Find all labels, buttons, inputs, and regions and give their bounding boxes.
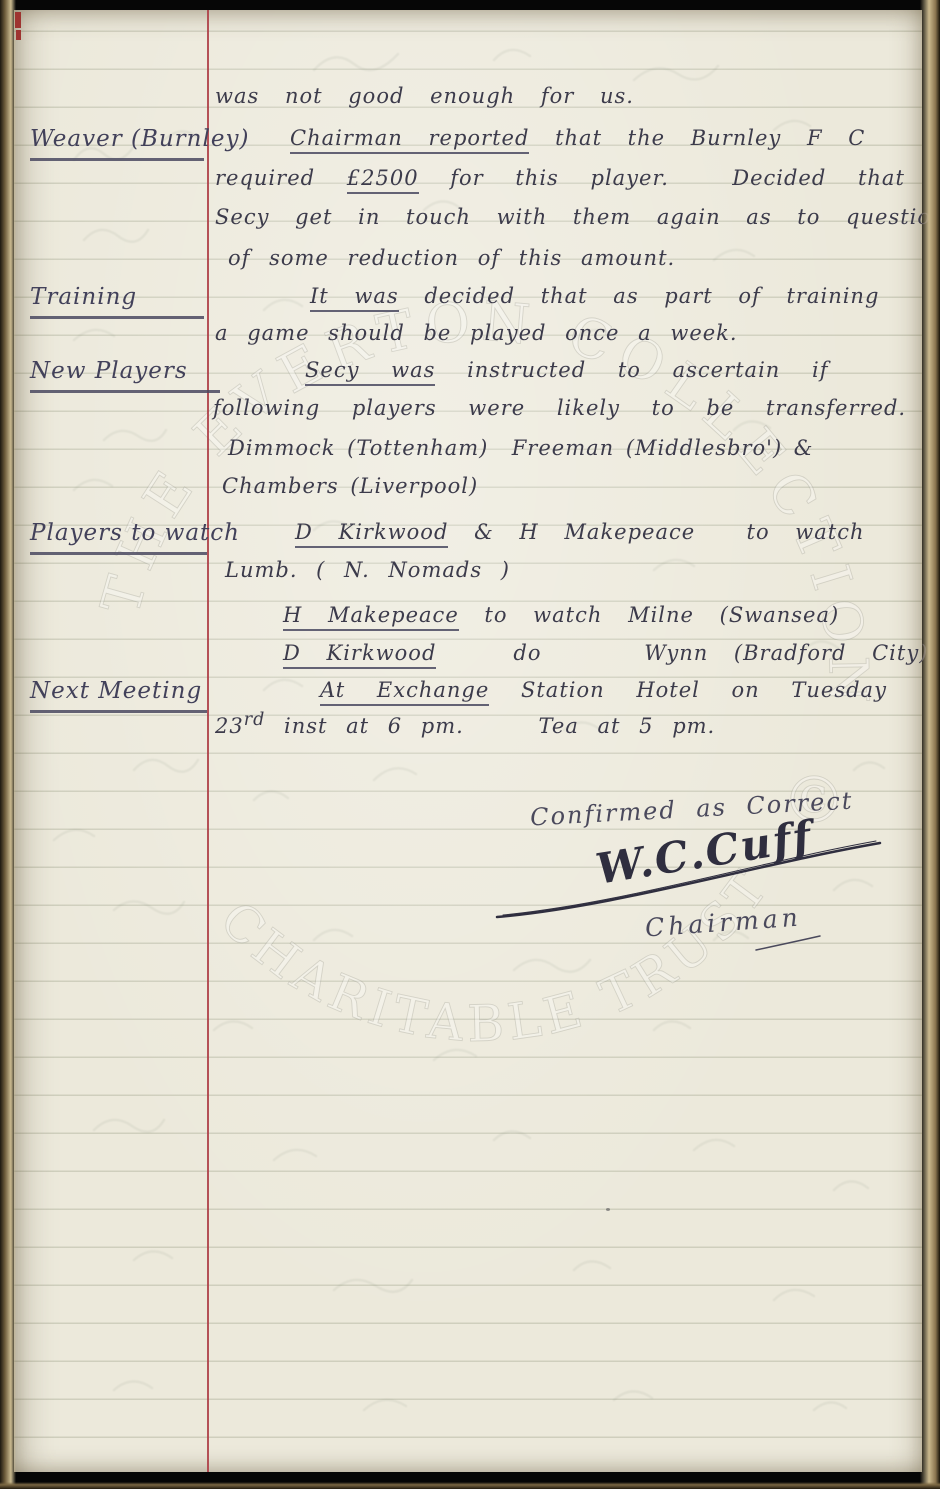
watermark-arc-bottom: CHARITABLE TRUST (209, 857, 782, 1053)
minute-line: 23rd inst at 6 pm. Tea at 5 pm. (215, 712, 715, 737)
scanned-minute-book-photo: { "page": { "continuation": "was not goo… (0, 0, 940, 1489)
minute-line: of some reduction of this amount. (228, 248, 675, 269)
minute-line: H Makepeace to watch Milne (Swansea) (283, 605, 839, 626)
entry-heading-weaver-burnley: Weaver (Burnley) (30, 128, 204, 161)
minute-line: It was decided that as part of training (310, 286, 879, 307)
minute-line: D Kirkwood & H Makepeace to watch (295, 522, 865, 543)
minute-line: a game should be played once a week. (215, 323, 738, 344)
minute-line: following players were likely to be tran… (213, 398, 906, 419)
minute-line: D Kirkwood do Wynn (Bradford City) (283, 643, 928, 664)
page-edge-bottom (0, 1482, 940, 1489)
red-edge-marbling (15, 12, 21, 28)
svg-text:CHARITABLE TRUST: CHARITABLE TRUST (209, 857, 782, 1053)
chairman-flourish (756, 936, 820, 950)
underlined-phrase: Chairman reported (290, 126, 529, 154)
entry-heading-players-to-watch: Players to watch (30, 522, 207, 555)
minute-book-page: THE EVERTON COLLECTION CHARITABLE TRUST … (14, 10, 922, 1472)
minute-line: Dimmock (Tottenham) Freeman (Middlesbro'… (228, 438, 814, 459)
page-edges-right (920, 0, 940, 1489)
minute-line: Lumb. ( N. Nomads ) (225, 560, 510, 581)
underlined-phrase: Secy was (305, 358, 435, 386)
minute-line: Chairman reported that the Burnley F C (290, 128, 865, 149)
minute-line: Secy was instructed to ascertain if (305, 360, 828, 381)
ordinal-suffix: rd (244, 710, 266, 730)
underlined-player-name: D Kirkwood (283, 641, 436, 669)
minute-line: Chambers (Liverpool) (222, 476, 478, 497)
red-edge-marbling (16, 30, 21, 40)
watermark-and-showthrough-layer: THE EVERTON COLLECTION CHARITABLE TRUST … (14, 10, 922, 1472)
underlined-player-name: D Kirkwood (295, 520, 448, 548)
entry-heading-training: Training (30, 286, 204, 319)
minute-line: Secy get in touch with them again as to … (215, 207, 940, 228)
continuation-line: was not good enough for us. (215, 86, 634, 107)
entry-heading-next-meeting: Next Meeting (30, 680, 207, 713)
underlined-amount: £2500 (347, 166, 419, 194)
red-margin-rule (207, 10, 209, 1472)
signature-flourish-layer (14, 10, 922, 1472)
chairman-role-text: Chairman (644, 903, 802, 943)
entry-heading-new-players: New Players (30, 360, 220, 393)
minute-line: required £2500 for this player. Decided … (215, 168, 905, 189)
underlined-player-name: H Makepeace (283, 603, 459, 631)
binding-edge-left (0, 0, 16, 1489)
minute-line: At Exchange Station Hotel on Tuesday (320, 680, 887, 701)
underlined-phrase: At Exchange (320, 678, 489, 706)
underlined-phrase: It was (310, 284, 399, 312)
ink-speck (606, 1208, 610, 1211)
